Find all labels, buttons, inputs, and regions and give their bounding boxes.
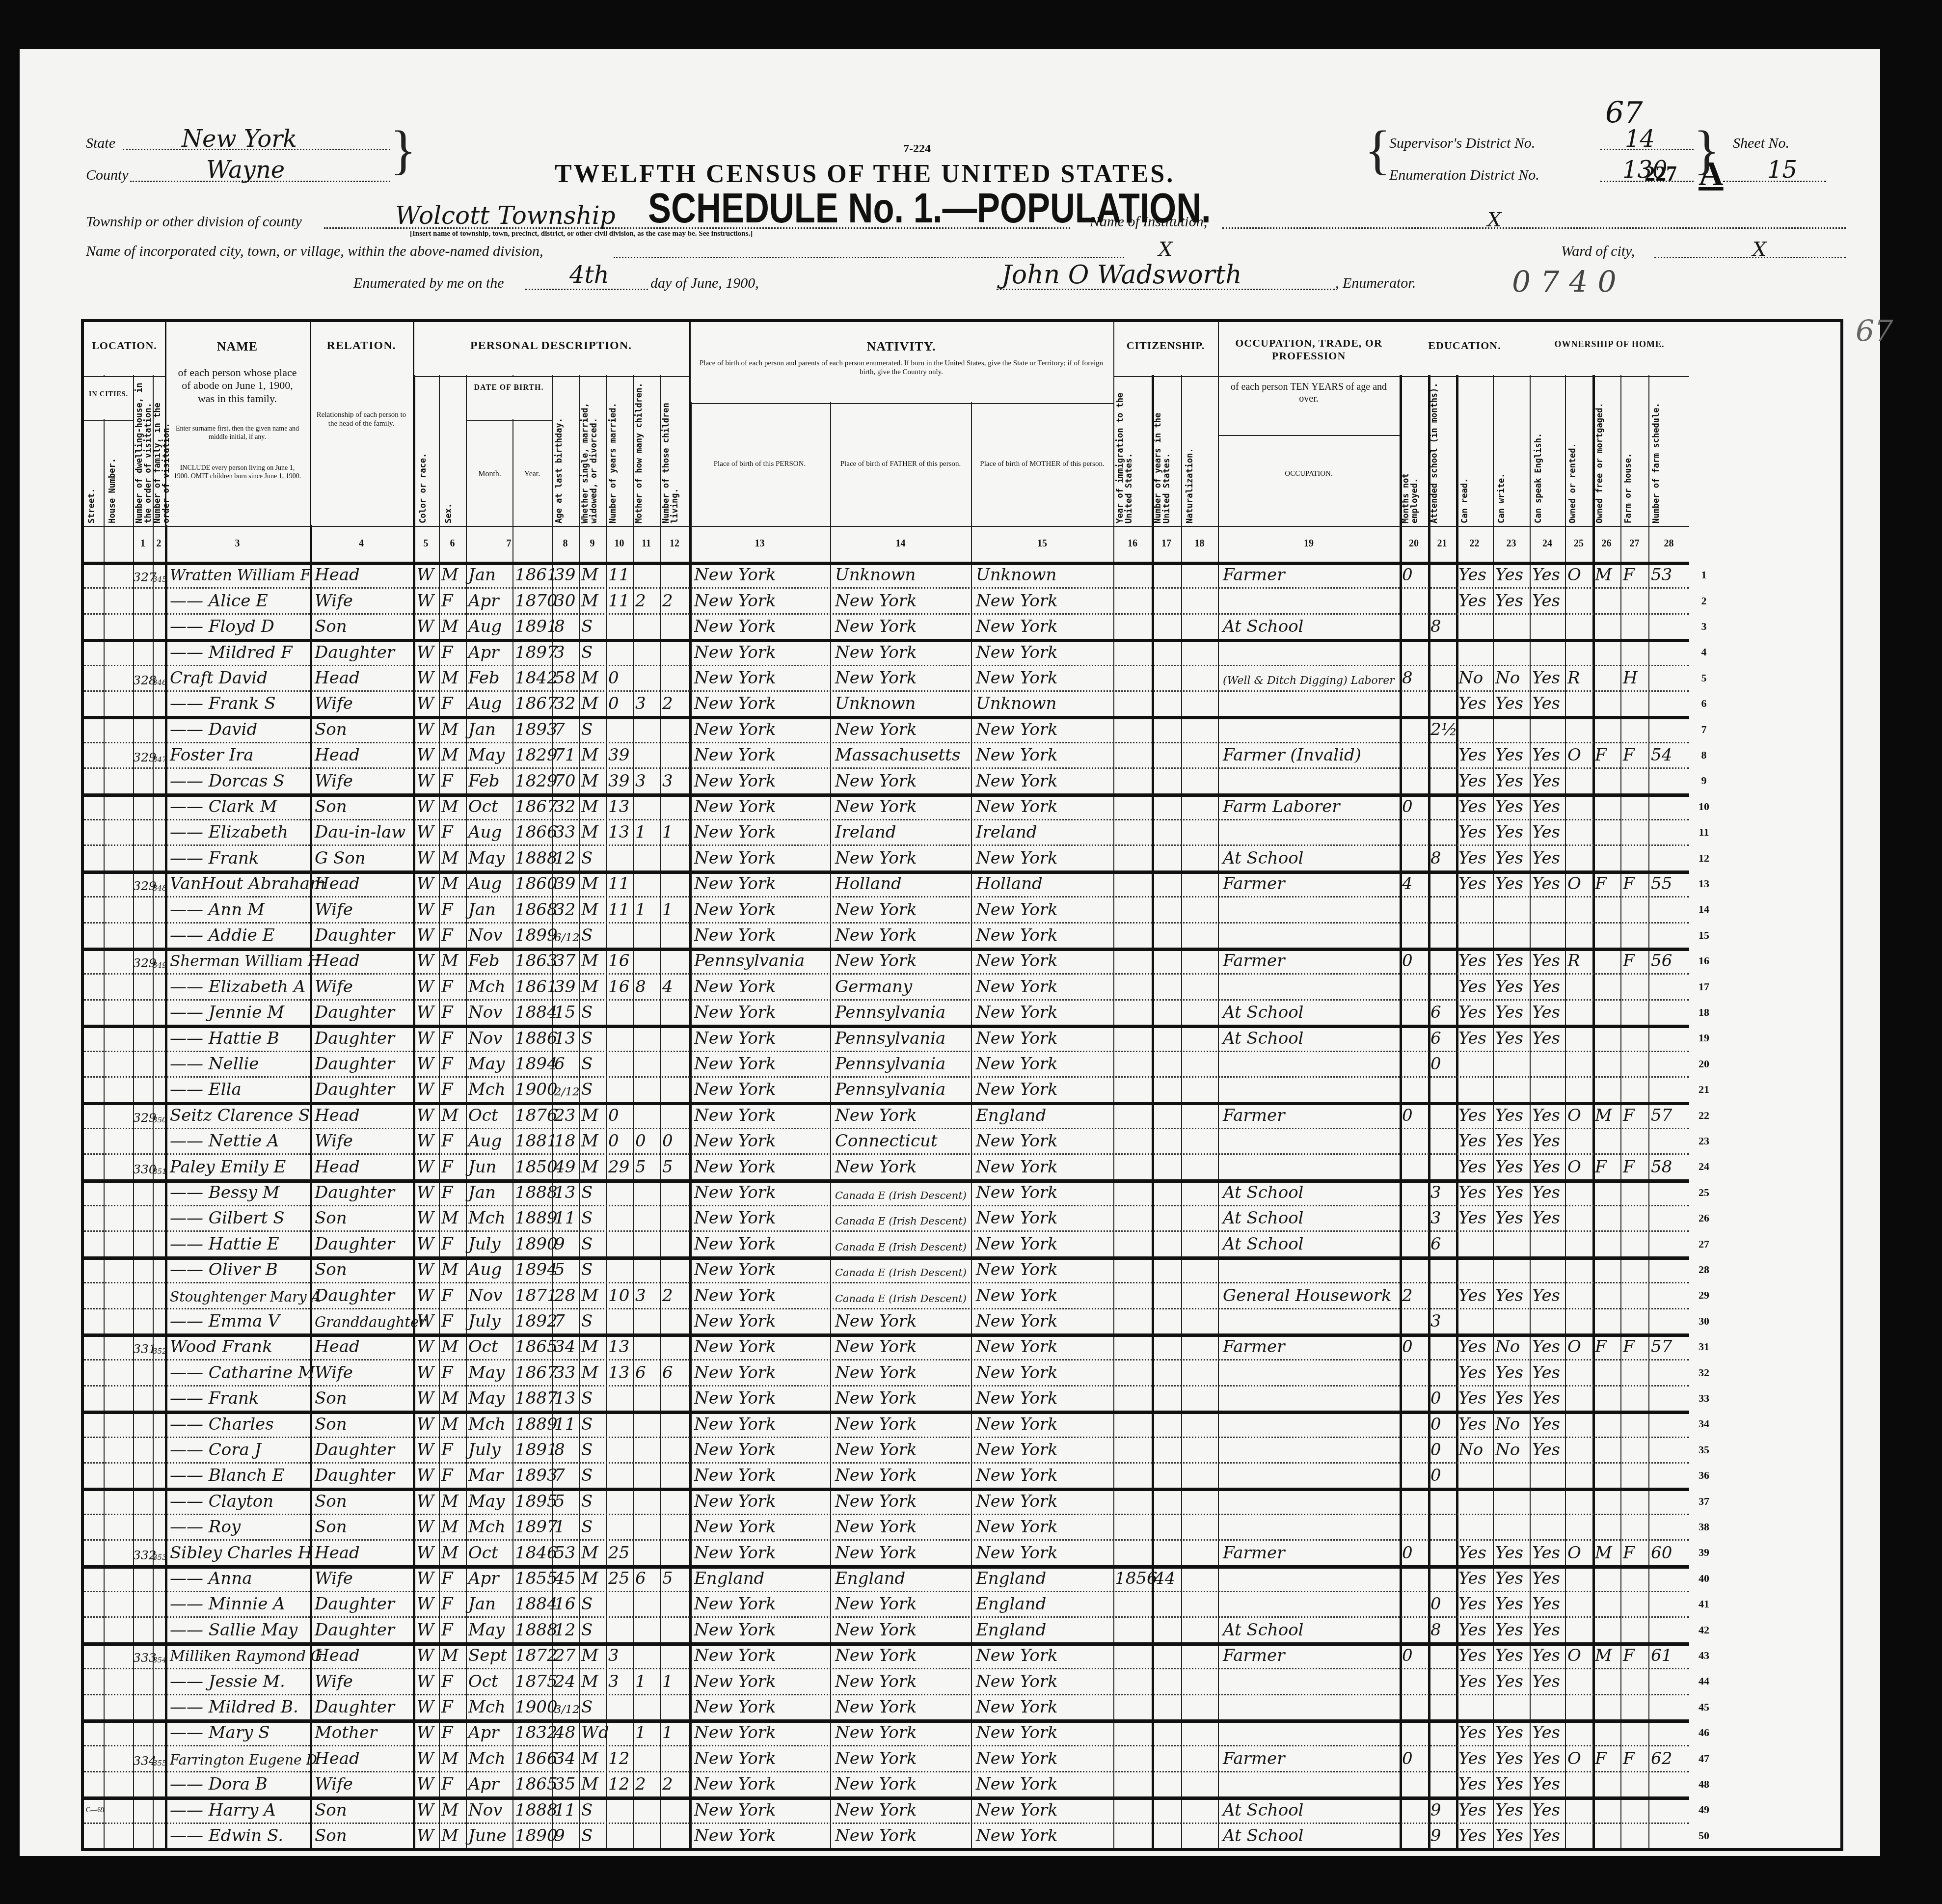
cell-relation: Daughter: [315, 1287, 395, 1304]
cell-month: Aug: [468, 1133, 502, 1149]
cell-mother-birth: New York: [976, 1236, 1058, 1252]
cell-occupation: Farmer: [1223, 1750, 1285, 1767]
cell-year: 1888: [515, 1622, 558, 1638]
cell-name: Stoughtenger Mary A: [170, 1290, 321, 1304]
cell-mother-birth: New York: [976, 798, 1058, 815]
cell-relation: Son: [315, 798, 347, 815]
cell-relation: Wife: [315, 593, 353, 609]
birth-father-header: Place of birth of FATHER of this person.: [830, 460, 971, 468]
cell-mother-birth: New York: [976, 952, 1058, 969]
cell-father-birth: New York: [835, 1416, 917, 1433]
cell-color: W: [417, 1236, 434, 1252]
cell-sex: M: [441, 1827, 459, 1844]
cell-farm-no: 61: [1651, 1647, 1672, 1664]
enumerated-day: 4th: [569, 261, 609, 289]
column-number: 19: [1218, 538, 1400, 549]
cell-year: 1872: [515, 1647, 558, 1664]
cell-sex: M: [441, 747, 459, 763]
cell-month: Feb: [468, 670, 500, 686]
can-speak-english-header: Can speak English.: [1535, 381, 1562, 523]
cell-english: Yes: [1532, 747, 1560, 763]
cell-marital: M: [581, 979, 598, 995]
cell-mother-birth: New York: [976, 1261, 1058, 1278]
cell-write: Yes: [1495, 1724, 1523, 1741]
cell-occupation: Farmer: [1223, 567, 1285, 583]
cell-mother-birth: Unknown: [976, 567, 1057, 583]
table-row: —— AnnaWifeWFApr185545M2565EnglandEnglan…: [84, 1565, 1689, 1591]
cell-name: —— Minnie A: [170, 1596, 285, 1612]
cell-year: 1884: [515, 1004, 558, 1021]
cell-sex: M: [441, 1338, 459, 1355]
cell-sex: F: [441, 1467, 453, 1484]
cell-name: —— Sallie May: [170, 1622, 297, 1638]
cell-unemployed: 8: [1402, 670, 1413, 686]
cell-mother-birth: New York: [976, 1750, 1058, 1767]
cell-color: W: [417, 618, 434, 635]
cell-living: 2: [662, 1287, 673, 1304]
cell-relation: Wife: [315, 1673, 353, 1690]
form-code: C—69: [86, 1807, 104, 1815]
cell-sex: M: [441, 721, 459, 738]
cell-year: 1861: [515, 567, 558, 583]
enumerated-mid: day of June, 1900,: [650, 275, 759, 292]
cell-birth: New York: [694, 850, 776, 867]
column-number: 25: [1565, 538, 1592, 549]
cell-year: 1865: [515, 1338, 558, 1355]
cell-read: Yes: [1458, 1750, 1486, 1767]
cell-age: 33: [554, 1364, 575, 1381]
cell-english: Yes: [1532, 875, 1560, 892]
line-number: 31: [1694, 1340, 1714, 1353]
cell-marital: M: [581, 1159, 598, 1175]
cell-father-birth: New York: [835, 1802, 917, 1819]
table-row: —— Dora BWifeWFApr186535M1222New YorkNew…: [84, 1771, 1689, 1796]
cell-year: 1895: [515, 1493, 558, 1510]
cell-family: 352: [153, 1348, 167, 1355]
cell-living: 5: [662, 1570, 673, 1587]
line-number: 27: [1694, 1238, 1714, 1251]
cell-month: Jan: [468, 1184, 496, 1201]
column-number: 7: [466, 538, 552, 549]
cell-marital: S: [581, 927, 593, 944]
cell-sex: F: [441, 1159, 453, 1175]
cell-year: 1899: [515, 927, 558, 944]
column-number: 17: [1152, 538, 1181, 549]
cell-birth: New York: [694, 1519, 776, 1535]
cell-name: —— Frank: [170, 850, 259, 867]
cell-owned: O: [1567, 747, 1581, 763]
cell-owned: O: [1567, 1338, 1581, 1355]
cell-father-birth: Unknown: [835, 567, 916, 583]
cell-unemployed: 0: [1402, 1107, 1413, 1124]
cell-marital: S: [581, 1493, 593, 1510]
cell-birth: New York: [694, 1622, 776, 1638]
cell-relation: Daughter: [315, 1030, 395, 1047]
cell-english: Yes: [1532, 567, 1560, 583]
cell-color: W: [417, 1313, 434, 1330]
cell-farm-no: 54: [1651, 747, 1672, 763]
cell-year: 1890: [515, 1236, 558, 1252]
cell-father-birth: New York: [835, 1390, 917, 1407]
name-include-instruction: INCLUDE every person living on June 1, 1…: [172, 464, 302, 481]
cell-yrs-married: 13: [608, 798, 629, 815]
cell-age: 9: [554, 1827, 565, 1844]
institution-value: X: [1487, 209, 1501, 231]
cell-month: Mch: [468, 1699, 506, 1715]
cell-birth: New York: [694, 1724, 776, 1741]
cell-sex: F: [441, 824, 453, 841]
brace-left: }: [390, 123, 416, 177]
name-instruction: Enter surname first, then the given name…: [172, 425, 302, 442]
naturalization-header: Naturalization.: [1186, 381, 1213, 523]
cell-father-birth: Pennsylvania: [835, 1056, 945, 1072]
cell-english: Yes: [1532, 1416, 1560, 1433]
cell-living: 6: [662, 1364, 673, 1381]
cell-color: W: [417, 1750, 434, 1767]
cell-father-birth: New York: [835, 1724, 917, 1741]
cell-yrs-married: 13: [608, 824, 629, 841]
cell-mother-of: 2: [635, 1776, 646, 1793]
cell-birth: New York: [694, 618, 776, 635]
cell-unemployed: 0: [1402, 1750, 1413, 1767]
cell-year: 1894: [515, 1261, 558, 1278]
cell-mortgage: M: [1595, 1545, 1612, 1561]
table-row: 334355Farrington Eugene DHeadWMMch186634…: [84, 1745, 1689, 1770]
table-row: —— Floyd DSonWMAug18918SNew YorkNew York…: [84, 613, 1689, 639]
cell-relation: Son: [315, 721, 347, 738]
cell-month: May: [468, 1622, 505, 1638]
cell-name: —— Oliver B: [170, 1261, 278, 1278]
cell-age: 8: [554, 618, 565, 635]
cell-year: 1866: [515, 824, 558, 841]
film-note: 0740: [1512, 265, 1626, 299]
table-row: —— FrankSonWMMay188713SNew YorkNew YorkN…: [84, 1385, 1689, 1411]
cell-father-birth: New York: [835, 1647, 917, 1664]
cell-relation: Head: [315, 1107, 360, 1124]
table-row: 329349Sherman William HHeadWMFeb186337M1…: [84, 948, 1689, 973]
cell-birth: New York: [694, 1416, 776, 1433]
cell-english: Yes: [1532, 773, 1560, 789]
cell-mortgage: F: [1595, 747, 1607, 763]
column-number: 24: [1530, 538, 1565, 549]
cell-owned: O: [1567, 1545, 1581, 1561]
cell-marital: M: [581, 1133, 598, 1149]
cell-living: 1: [662, 824, 673, 841]
cell-father-birth: New York: [835, 1107, 917, 1124]
cell-month: May: [468, 850, 505, 867]
cell-marital: M: [581, 695, 598, 712]
cell-marital: M: [581, 1545, 598, 1561]
cell-owned: O: [1567, 567, 1581, 583]
attended-school-header: Attended school (in months).: [1430, 381, 1454, 523]
cell-father-birth: Canada E (Irish Descent): [835, 1191, 967, 1201]
cell-unemployed: 0: [1402, 567, 1413, 583]
cell-read: Yes: [1458, 875, 1486, 892]
cell-english: Yes: [1532, 1030, 1560, 1047]
cell-farm-no: 57: [1651, 1338, 1672, 1355]
cell-name: —— Cora J: [170, 1442, 261, 1458]
table-row: —— Emma VGranddaughterWFJuly18927SNew Yo…: [84, 1308, 1689, 1333]
cell-yrs-married: 13: [608, 1364, 629, 1381]
column-number: 6: [439, 538, 466, 549]
cell-name: —— Edwin S.: [170, 1827, 283, 1844]
cell-color: W: [417, 979, 434, 995]
cell-name: Foster Ira: [170, 747, 253, 763]
cell-father-birth: Canada E (Irish Descent): [835, 1242, 967, 1252]
cell-write: Yes: [1495, 1184, 1523, 1201]
cell-father-birth: New York: [835, 1622, 917, 1638]
cell-occupation: Farm Laborer: [1223, 798, 1340, 815]
cell-name: Sherman William H: [170, 954, 321, 969]
cell-unemployed: 0: [1402, 1545, 1413, 1561]
cell-marital: M: [581, 1338, 598, 1355]
cell-age: 8: [554, 1442, 565, 1458]
cell-father-birth: New York: [835, 618, 917, 635]
cell-living: 2: [662, 695, 673, 712]
cell-color: W: [417, 952, 434, 969]
cell-father-birth: New York: [835, 901, 917, 918]
cell-color: W: [417, 1390, 434, 1407]
cell-occupation: At School: [1223, 1802, 1303, 1819]
line-number: 21: [1694, 1083, 1714, 1096]
cell-birth: New York: [694, 1030, 776, 1047]
table-row: —— ElizabethDau-in-lawWFAug186633M1311Ne…: [84, 819, 1689, 844]
table-row: 327345Wratten William FHeadWMJan186139M1…: [84, 562, 1689, 587]
census-page: 7-224 TWELFTH CENSUS OF THE UNITED STATE…: [20, 49, 1880, 1856]
cell-sex: F: [441, 695, 453, 712]
cell-mother-birth: New York: [976, 1699, 1058, 1715]
cell-marital: S: [581, 1210, 593, 1226]
cell-english: Yes: [1532, 1827, 1560, 1844]
in-cities-header: IN CITIES.: [84, 391, 133, 399]
cell-yrs-us: 44: [1154, 1570, 1175, 1587]
cell-year: 1870: [515, 593, 558, 609]
cell-relation: Daughter: [315, 1081, 395, 1098]
cell-marital: S: [581, 1519, 593, 1535]
column-number: 9: [579, 538, 606, 549]
cell-sex: F: [441, 1596, 453, 1612]
cell-read: Yes: [1458, 1802, 1486, 1819]
cell-owned: O: [1567, 875, 1581, 892]
cell-living: 1: [662, 901, 673, 918]
cell-unemployed: 2: [1402, 1287, 1413, 1304]
cell-father-birth: New York: [835, 850, 917, 867]
cell-birth: New York: [694, 1750, 776, 1767]
cell-occupation: At School: [1223, 1184, 1303, 1201]
cell-relation: Head: [315, 670, 360, 686]
township-label: Township or other division of county: [86, 214, 302, 230]
cell-relation: Son: [315, 1416, 347, 1433]
cell-age: 39: [554, 567, 575, 583]
cell-age: 24: [554, 1673, 575, 1690]
line-number: 12: [1694, 852, 1714, 865]
cell-sex: F: [441, 1236, 453, 1252]
table-row: 330351Paley Emily EHeadWFJun185049M2955N…: [84, 1153, 1689, 1179]
cell-read: No: [1458, 1442, 1483, 1458]
cell-year: 1888: [515, 1184, 558, 1201]
cell-birth: New York: [694, 721, 776, 738]
cell-school: 8: [1430, 618, 1441, 635]
cell-english: Yes: [1532, 1364, 1560, 1381]
cell-family: 345: [153, 576, 167, 583]
cell-birth: New York: [694, 1776, 776, 1793]
cell-age: 32: [554, 695, 575, 712]
cell-mother-of: 3: [635, 773, 646, 789]
cell-mother-birth: New York: [976, 1390, 1058, 1407]
population-table: LOCATION.IN CITIES.NAMERELATION.PERSONAL…: [81, 319, 1843, 1851]
cell-year: 1846: [515, 1545, 558, 1561]
owned-rented-header: Owned or rented.: [1569, 381, 1591, 523]
cell-mother-birth: New York: [976, 1442, 1058, 1458]
column-number: 1: [133, 538, 153, 549]
cell-color: W: [417, 1493, 434, 1510]
cell-birth: New York: [694, 1338, 776, 1355]
cell-mortgage: M: [1595, 567, 1612, 583]
cell-sex: M: [441, 1416, 459, 1433]
cell-color: W: [417, 1081, 434, 1098]
cell-relation: G Son: [315, 850, 366, 867]
table-row: —— Jennie MDaughterWFNov188415SNew YorkP…: [84, 999, 1689, 1025]
cell-unemployed: 0: [1402, 1647, 1413, 1664]
cell-father-birth: England: [835, 1570, 905, 1587]
cell-color: W: [417, 593, 434, 609]
cell-mother-of: 5: [635, 1159, 646, 1175]
cell-sex: M: [441, 1750, 459, 1767]
cell-birth: England: [694, 1570, 764, 1587]
cell-birth: New York: [694, 1261, 776, 1278]
cell-year: 1892: [515, 1313, 558, 1330]
cell-yrs-married: 11: [608, 593, 629, 609]
cell-age: 13: [554, 1390, 575, 1407]
cell-mother-of: 3: [635, 1287, 646, 1304]
cell-write: Yes: [1495, 824, 1523, 841]
cell-color: W: [417, 1827, 434, 1844]
cell-age: 18: [554, 1133, 575, 1149]
cell-yrs-married: 10: [608, 1287, 629, 1304]
cell-marital: S: [581, 1442, 593, 1458]
cell-english: Yes: [1532, 824, 1560, 841]
cell-relation: Head: [315, 747, 360, 763]
cell-living: 5: [662, 1159, 673, 1175]
cell-farm: F: [1623, 875, 1635, 892]
cell-color: W: [417, 1802, 434, 1819]
cell-father-birth: New York: [835, 1699, 917, 1715]
cell-english: Yes: [1532, 1776, 1560, 1793]
cell-read: Yes: [1458, 593, 1486, 609]
cell-father-birth: New York: [835, 1493, 917, 1510]
cell-english: Yes: [1532, 1673, 1560, 1690]
cell-sex: F: [441, 644, 453, 661]
sex-header: Sex.: [445, 379, 459, 523]
cell-sex: F: [441, 1056, 453, 1072]
cell-marital: S: [581, 1827, 593, 1844]
farm-or-house-header: Farm or house.: [1624, 381, 1646, 523]
cell-marital: S: [581, 1236, 593, 1252]
cell-age: 13: [554, 1030, 575, 1047]
cell-color: W: [417, 1622, 434, 1638]
column-number: 11: [633, 538, 660, 549]
line-number: 34: [1694, 1417, 1714, 1430]
months-unemployed-header: Months not employed.: [1402, 440, 1426, 523]
cell-sex: M: [441, 1210, 459, 1226]
cell-birth: New York: [694, 1827, 776, 1844]
table-row: —— Mary SMotherWFApr183248Wd11New YorkNe…: [84, 1719, 1689, 1745]
cell-write: Yes: [1495, 1545, 1523, 1561]
children-living-header: Number of those children living.: [662, 379, 684, 523]
cell-english: Yes: [1532, 1390, 1560, 1407]
cell-write: No: [1495, 1338, 1520, 1355]
cell-year: 1875: [515, 1673, 558, 1690]
cell-birth: New York: [694, 1004, 776, 1021]
cell-yrs-married: 11: [608, 901, 629, 918]
cell-father-birth: New York: [835, 644, 917, 661]
cell-year: 1881: [515, 1133, 558, 1149]
cell-color: W: [417, 1107, 434, 1124]
cell-living: 2: [662, 1776, 673, 1793]
cell-mother-birth: New York: [976, 1776, 1058, 1793]
cell-month: July: [468, 1313, 501, 1330]
column-number: 3: [165, 538, 310, 549]
table-row: —— Addie EDaughterWFNov18996/12SNew York…: [84, 922, 1689, 948]
column-number: 12: [660, 538, 689, 549]
cell-read: Yes: [1458, 1159, 1486, 1175]
cell-year: 1850: [515, 1159, 558, 1175]
enumerator-label: , Enumerator.: [1335, 275, 1416, 292]
line-number: 24: [1694, 1160, 1714, 1173]
cell-yrs-married: 12: [608, 1750, 629, 1767]
cell-yrs-married: 11: [608, 875, 629, 892]
cell-birth: New York: [694, 875, 776, 892]
county-label: County: [86, 167, 129, 184]
cell-mother-birth: New York: [976, 721, 1058, 738]
cell-write: Yes: [1495, 1287, 1523, 1304]
cell-mother-birth: New York: [976, 1364, 1058, 1381]
cell-english: Yes: [1532, 1338, 1560, 1355]
cell-color: W: [417, 670, 434, 686]
cell-age: 32: [554, 901, 575, 918]
farm-schedule-header: Number of farm schedule.: [1652, 381, 1684, 523]
cell-age: 5: [554, 1261, 565, 1278]
cell-age: 2/12: [554, 1087, 580, 1098]
table-row: —— Ann MWifeWFJan186832M1111New YorkNew …: [84, 896, 1689, 922]
cell-yrs-married: 0: [608, 1133, 619, 1149]
cell-relation: Daughter: [315, 1056, 395, 1072]
cell-name: —— Catharine M: [170, 1364, 315, 1381]
cell-color: W: [417, 1184, 434, 1201]
cell-english: Yes: [1532, 979, 1560, 995]
column-number: 27: [1620, 538, 1648, 549]
cell-birth: New York: [694, 1699, 776, 1715]
cell-sex: F: [441, 1776, 453, 1793]
cell-mother-of: 1: [635, 1673, 646, 1690]
cell-occupation: Farmer (Invalid): [1223, 747, 1361, 763]
cell-unemployed: 4: [1402, 875, 1413, 892]
cell-write: Yes: [1495, 1673, 1523, 1690]
cell-month: May: [468, 747, 505, 763]
column-number: 18: [1181, 538, 1218, 549]
line-number: 26: [1694, 1212, 1714, 1224]
cell-name: —— Blanch E: [170, 1467, 284, 1484]
cell-read: Yes: [1458, 1673, 1486, 1690]
cell-age: 12: [554, 1622, 575, 1638]
cell-age: 6: [554, 1056, 565, 1072]
cell-farm: F: [1623, 1750, 1635, 1767]
cell-occupation: Farmer: [1223, 875, 1285, 892]
column-number: 13: [689, 538, 830, 549]
cell-age: 7: [554, 1467, 565, 1484]
cell-farm-no: 56: [1651, 952, 1672, 969]
table-row: —— Bessy MDaughterWFJan188813SNew YorkCa…: [84, 1179, 1689, 1205]
